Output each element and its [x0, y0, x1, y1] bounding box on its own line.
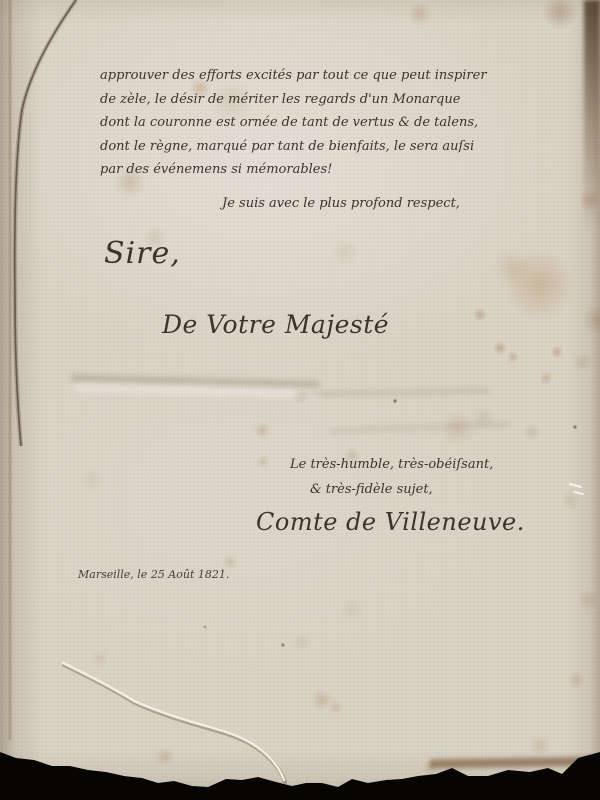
body-paragraph: approuver des efforts excités par tout c… [100, 64, 487, 182]
paragraph-line-1: approuver des efforts excités par tout c… [100, 64, 487, 88]
paragraph-line-4: dont le règne, marqué par tant de bienfa… [100, 135, 487, 159]
book-page: approuver des efforts excités par tout c… [0, 0, 600, 800]
paragraph-line-5: par des événemens si mémorables! [100, 158, 487, 182]
salutation-sire: Sire, [104, 236, 181, 271]
paragraph-line-3: dont la couronne est ornée de tant de ve… [100, 111, 487, 135]
place-date-line: Marseille, le 25 Août 1821. [78, 568, 229, 581]
respect-line: Je suis avec le plus profond respect, [222, 196, 460, 211]
photo-of-open-book: approuver des efforts excités par tout c… [0, 0, 600, 800]
closing-line-1: Le très-humble, très-obéiſsant, [290, 457, 493, 472]
signature-comte-de-villeneuve: Comte de Villeneuve. [256, 508, 525, 536]
page-edge-shadow-bottom-right [430, 757, 600, 769]
closing-line-2: & très-fidèle sujet, [310, 482, 433, 497]
majesty-line: De Votre Majesté [162, 310, 389, 339]
paragraph-line-2: de zèle, le désir de mériter les regards… [100, 88, 487, 112]
page-edge-shadow-top-right [584, 0, 600, 230]
